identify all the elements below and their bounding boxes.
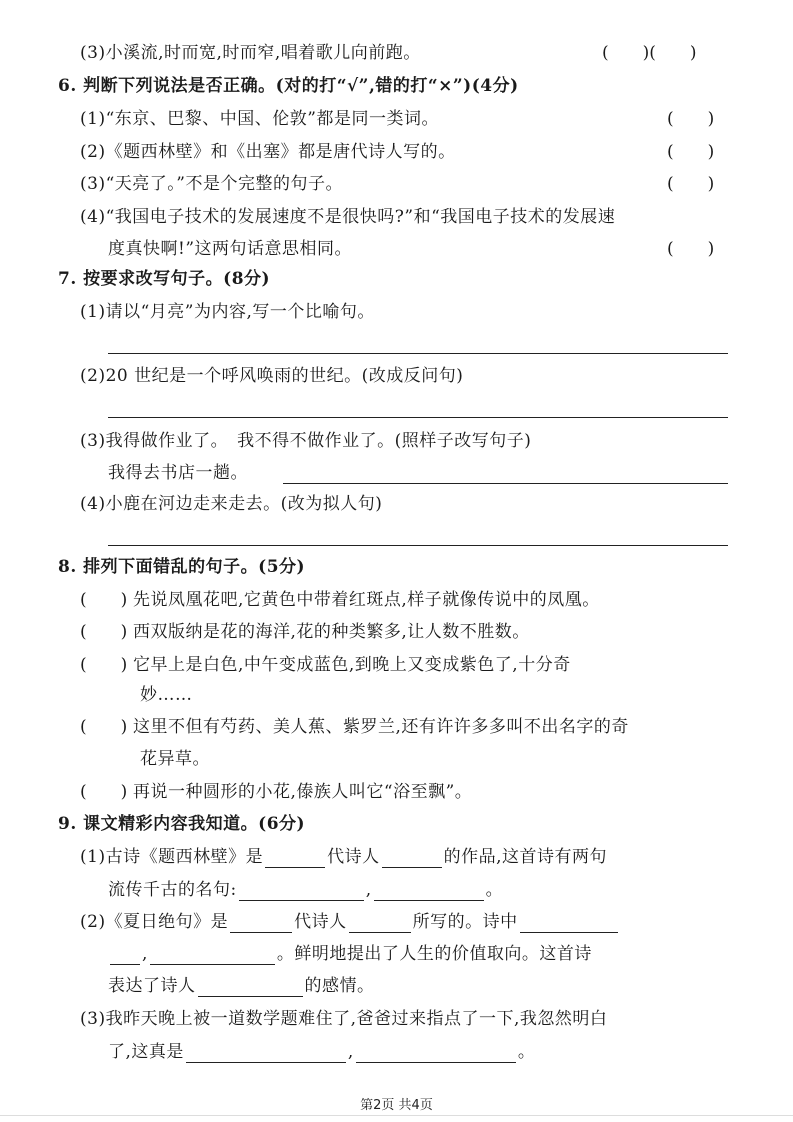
q8-item-5: 再说一种圆形的小花,傣族人叫它“浴至飘”。 (133, 781, 472, 803)
q9-item-2-f: 表达了诗人 (108, 976, 196, 996)
q9-item-2-e: 。鲜明地提出了人生的价值取向。这首诗 (277, 944, 592, 964)
q6-item-3-answer[interactable]: ( ) (667, 173, 714, 195)
q9-item-3-d: 。 (518, 1042, 536, 1062)
q6-item-4-answer[interactable]: ( ) (667, 238, 714, 260)
q7-item-3-answer-line[interactable] (283, 483, 728, 484)
q9-item-3-c: , (348, 1042, 354, 1062)
q9-item-3-b: 了,这真是 (108, 1042, 184, 1062)
q9-item-1-c: 的作品,这首诗有两句 (444, 847, 607, 867)
q9-item-3: (3)我昨天晚上被一道数学题难住了,爸爸过来指点了一下,我忽然明白 (80, 1008, 607, 1030)
q9-item-2-cont: ,。鲜明地提出了人生的价值取向。这首诗 (108, 943, 592, 965)
q9-item-1-b: 代诗人 (327, 847, 380, 867)
q9-item-1-cont: 流传千古的名句:,。 (108, 879, 503, 901)
q8-item-2-order[interactable]: ( ) (80, 621, 127, 643)
q8-item-3-cont: 妙…… (140, 684, 193, 706)
q9-item-1: (1)古诗《题西林壁》是代诗人的作品,这首诗有两句 (80, 846, 607, 868)
q9-item-1-f: 。 (486, 880, 504, 900)
q6-item-2-answer[interactable]: ( ) (667, 141, 714, 163)
q7-item-3: (3)我得做作业了。 我不得不做作业了。(照样子改写句子) (80, 430, 531, 452)
q9-item-2-cont2: 表达了诗人的感情。 (108, 975, 375, 997)
q7-item-2-answer-line[interactable] (108, 417, 728, 418)
q8-item-5-order[interactable]: ( ) (80, 781, 127, 803)
q9-item-2-quote1-blank[interactable] (520, 914, 618, 933)
q9-title: 9. 课文精彩内容我知道。(6分) (58, 813, 305, 835)
page-number: 第2页 共4页 (0, 1094, 793, 1113)
q9-item-1-line1-blank[interactable] (239, 882, 364, 901)
q9-item-2-c: 所写的。诗中 (413, 912, 518, 932)
q5-item-3-answer[interactable]: ( )( ) (602, 42, 697, 64)
q8-item-1-order[interactable]: ( ) (80, 589, 127, 611)
q8-title: 8. 排列下面错乱的句子。(5分) (58, 556, 305, 578)
q6-item-3: (3)“天亮了。”不是个完整的句子。 (80, 173, 343, 195)
q9-item-3-idiom1-blank[interactable] (186, 1044, 346, 1063)
q6-item-1: (1)“东京、巴黎、中国、伦敦”都是同一类词。 (80, 108, 439, 130)
q8-item-2: 西双版纳是花的海洋,花的种类繁多,让人数不胜数。 (133, 621, 530, 643)
q9-item-1-e: , (366, 880, 372, 900)
q5-item-3: (3)小溪流,时而宽,时而窄,唱着歌儿向前跑。 (80, 42, 421, 64)
q9-item-2-b: 代诗人 (294, 912, 347, 932)
q9-item-2-poet-blank[interactable] (349, 914, 411, 933)
q9-item-2-quote2-blank[interactable] (150, 946, 275, 965)
q8-item-3: 它早上是白色,中午变成蓝色,到晚上又变成紫色了,十分奇 (133, 654, 571, 676)
q9-item-1-d: 流传千古的名句: (108, 880, 237, 900)
q9-item-2-feeling-blank[interactable] (198, 978, 303, 997)
q6-item-1-answer[interactable]: ( ) (667, 108, 714, 130)
q8-item-1: 先说凤凰花吧,它黄色中带着红斑点,样子就像传说中的凤凰。 (133, 589, 600, 611)
q9-item-1-a: (1)古诗《题西林壁》是 (80, 847, 263, 867)
q8-item-4-cont: 花异草。 (140, 748, 210, 770)
q9-item-2-d: , (142, 944, 148, 964)
q9-item-1-line2-blank[interactable] (374, 882, 484, 901)
q6-title: 6. 判断下列说法是否正确。(对的打“√”,错的打“×”)(4分) (58, 75, 519, 97)
q7-item-4: (4)小鹿在河边走来走去。(改为拟人句) (80, 493, 382, 515)
q6-item-2: (2)《题西林壁》和《出塞》都是唐代诗人写的。 (80, 141, 456, 163)
q9-item-2-g: 的感情。 (305, 976, 375, 996)
q7-item-1: (1)请以“月亮”为内容,写一个比喻句。 (80, 301, 375, 323)
q7-item-3-cont: 我得去书店一趟。 (108, 462, 248, 484)
q9-item-2: (2)《夏日绝句》是代诗人所写的。诗中 (80, 911, 620, 933)
q9-item-2-a: (2)《夏日绝句》是 (80, 912, 228, 932)
q7-item-2: (2)20 世纪是一个呼风唤雨的世纪。(改成反问句) (80, 365, 463, 387)
q7-item-1-answer-line[interactable] (108, 353, 728, 354)
q9-item-2-dynasty-blank[interactable] (230, 914, 292, 933)
q9-item-1-dynasty-blank[interactable] (265, 849, 325, 868)
q7-title: 7. 按要求改写句子。(8分) (58, 268, 270, 290)
q8-item-4: 这里不但有芍药、美人蕉、紫罗兰,还有许许多多叫不出名字的奇 (133, 716, 629, 738)
q9-item-3-cont: 了,这真是,。 (108, 1041, 535, 1063)
q7-item-4-answer-line[interactable] (108, 545, 728, 546)
q9-item-1-poet-blank[interactable] (382, 849, 442, 868)
q8-item-4-order[interactable]: ( ) (80, 716, 127, 738)
footer-divider (0, 1115, 793, 1116)
q9-item-3-idiom2-blank[interactable] (356, 1044, 516, 1063)
q6-item-4-cont: 度真快啊!”这两句话意思相同。 (108, 238, 352, 260)
q9-item-2-quote1-cont-blank[interactable] (110, 946, 140, 965)
q8-item-3-order[interactable]: ( ) (80, 654, 127, 676)
q6-item-4: (4)“我国电子技术的发展速度不是很快吗?”和“我国电子技术的发展速 (80, 206, 615, 228)
